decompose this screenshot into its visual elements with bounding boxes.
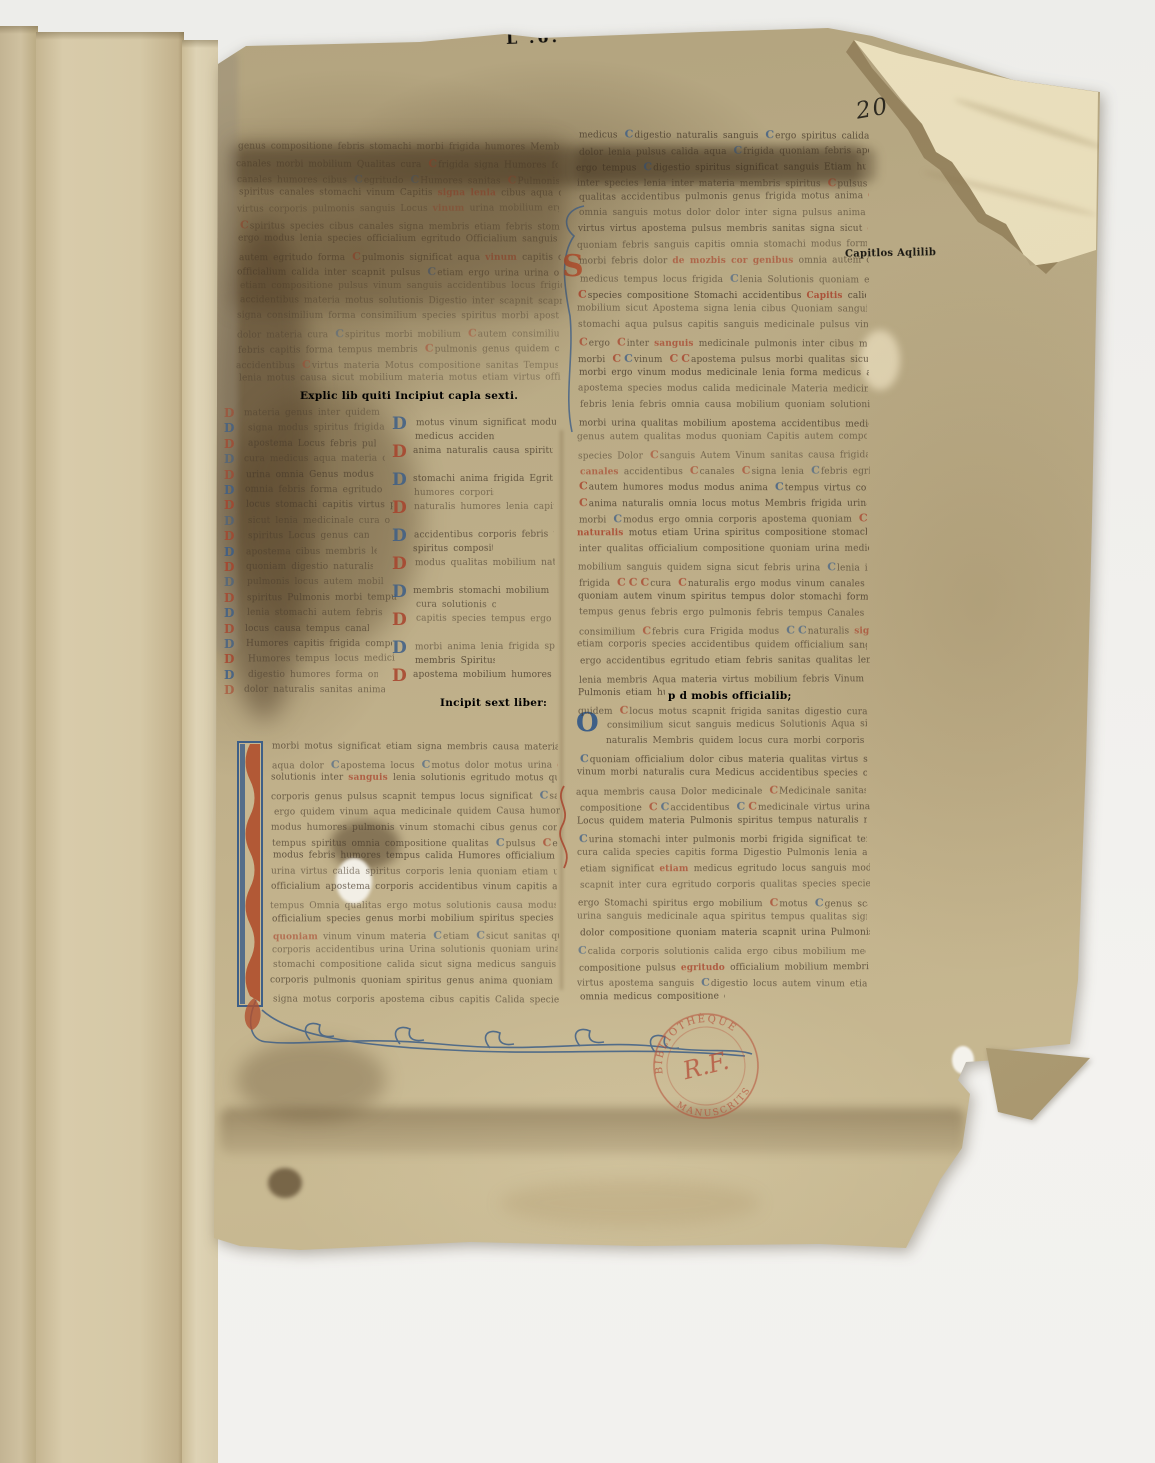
torn-corner-flap <box>0 0 1155 1463</box>
manuscript-scan: L .6. 20 Explic lib quiti Incipiut capla… <box>0 0 1155 1463</box>
torn-corner-flap-shape <box>0 0 1155 1463</box>
